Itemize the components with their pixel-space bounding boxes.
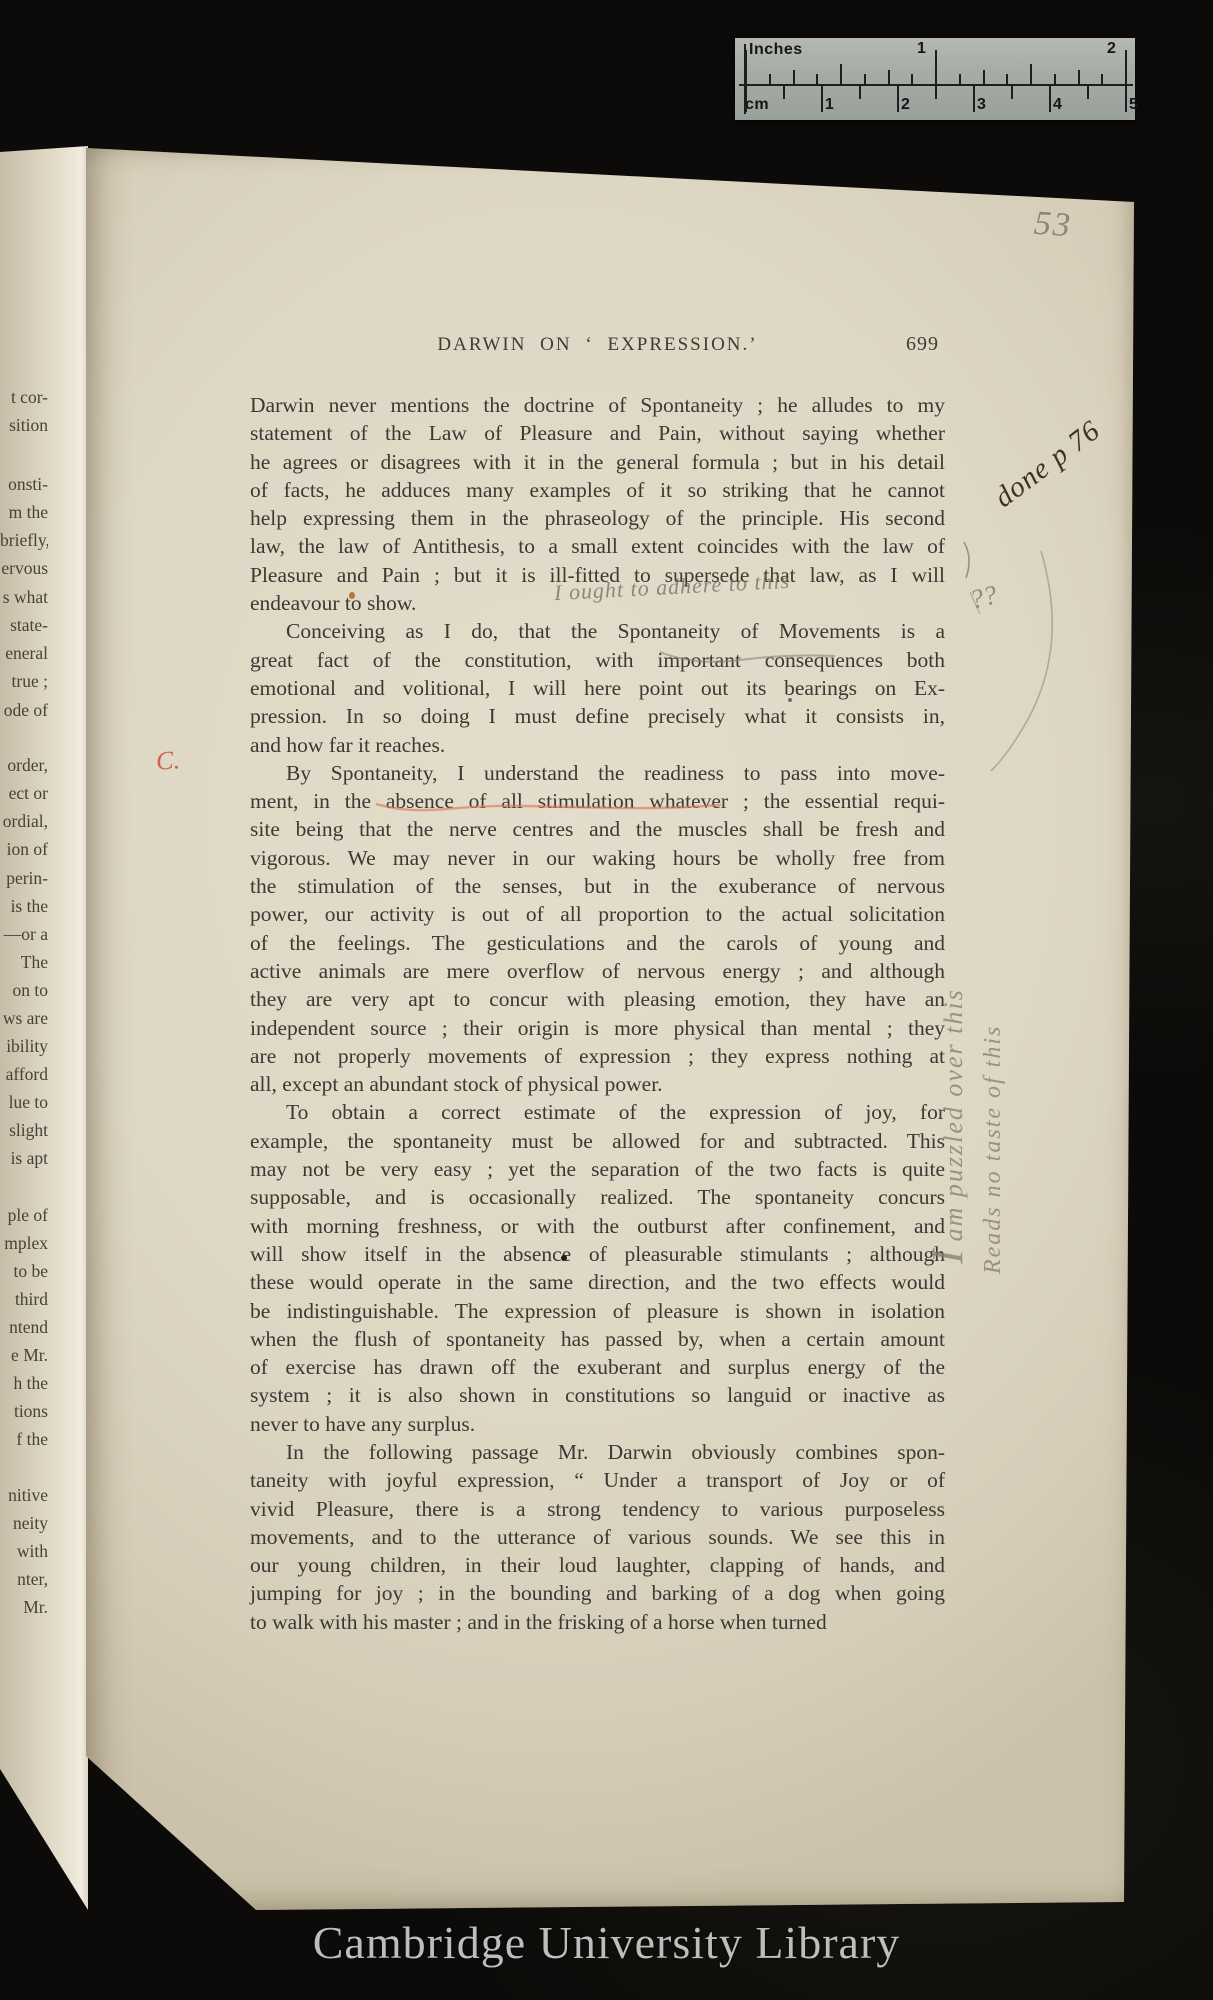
text-line: jumping for joy ; in the bounding and ba… [250,1579,945,1607]
page-number: 699 [906,333,939,356]
red-margin-mark: C. [155,745,181,777]
text-line: To obtain a correct estimate of the expr… [250,1098,945,1126]
ruler-cm-number: 1 [825,96,834,114]
facing-page-text-fragment: Mr. [0,1595,48,1619]
text-line: vigorous. We may never in our waking hou… [250,844,945,872]
facing-page-text-fragment: perin- [0,866,48,890]
ruler-cm-number: 2 [901,96,910,114]
facing-page-text-fragment: lue to [0,1090,48,1114]
ruler-inch-tick [959,74,961,84]
text-line: law, the law of Antithesis, to a small e… [250,532,945,560]
text-line: emotional and volitional, I will here po… [250,674,945,702]
orange-speck [349,592,355,599]
ruler-cm-tick [859,86,861,99]
facing-page-text-fragment: neity [0,1511,48,1535]
facing-page-text-fragment: third [0,1287,48,1311]
ruler-inch-tick [911,74,913,84]
facing-page-text-fragment: ion of [0,837,48,861]
text-line: example, the spontaneity must be allowed… [250,1127,945,1155]
ink-note-done-p76: done p 76 [988,414,1106,515]
facing-page-text-fragment: ode of [0,698,48,722]
text-line: and how far it reaches. [250,731,945,759]
text-line: Conceiving as I do, that the Spontaneity… [250,617,945,645]
facing-page-text-fragment: tions [0,1399,48,1423]
facing-page-text-fragment: t cor- [0,385,48,409]
ruler-inch-tick [840,64,842,84]
facing-page-text-fragment: onsti- [0,472,48,496]
facing-page-text-fragment: state- [0,613,48,637]
paragraph: Darwin never mentions the doctrine of Sp… [250,391,945,617]
facing-page-text-fragment: briefly, [0,528,48,552]
text-line: independent source ; their origin is mor… [250,1014,945,1042]
ruler-cm-number: 5 [1129,96,1138,114]
text-line: of exercise has drawn off the exuberant … [250,1353,945,1381]
ruler-inch-tick [745,50,747,84]
ruler-inch-tick [793,70,795,84]
text-line: active animals are mere overflow of nerv… [250,957,945,985]
ruler-inch-tick [983,70,985,84]
text-line: In the following passage Mr. Darwin obvi… [250,1438,945,1466]
ruler-inch-tick [888,70,890,84]
ruler-cm-tick [1125,86,1127,112]
facing-page-text-fragment: ordial, [0,809,48,833]
facing-page-text-fragment: sition [0,413,48,437]
ruler-inch-tick [1125,50,1127,84]
library-watermark: Cambridge University Library [0,1916,1213,1969]
text-line: system ; it is also shown in constitutio… [250,1381,945,1409]
text-line: taneity with joyful expression, “ Under … [250,1466,945,1494]
book-page: DARWIN ON ‘ EXPRESSION.’ 699 Darwin neve… [86,146,1134,1910]
ruler-cm-tick [1011,86,1013,99]
text-line: are not properly movements of expression… [250,1042,945,1070]
facing-page-text-fragment: ect or [0,781,48,805]
ruler-inch-tick [769,74,771,84]
text-line: supposable, and is occasionally realized… [250,1183,945,1211]
facing-page-text-fragment: true ; [0,669,48,693]
facing-page-text-fragment: The [0,950,48,974]
text-line: be indistinguishable. The expression of … [250,1297,945,1325]
facing-page-text-fragment: eneral [0,641,48,665]
facing-page-text-fragment: h the [0,1371,48,1395]
ruler-cm-label: cm [745,96,769,114]
facing-page-text-fragment: ibility [0,1034,48,1058]
ruler-inch-tick [1078,70,1080,84]
text-line: ment, in the absence of all stimulation … [250,787,945,815]
facing-page-text-fragment: ntend [0,1315,48,1339]
paragraph: In the following passage Mr. Darwin obvi… [250,1438,945,1636]
paragraph: To obtain a correct estimate of the expr… [250,1098,945,1438]
ruler-cm-tick [897,86,899,112]
text-line: pression. In so doing I must define prec… [250,702,945,730]
facing-page-text-fragment: nitive [0,1483,48,1507]
facing-page-text-fragment: m the [0,500,48,524]
facing-page-text-fragment: ervous [0,556,48,580]
facing-page-text-fragment: to be [0,1259,48,1283]
facing-page-text-fragment: is the [0,894,48,918]
facing-page-text-fragment: is apt [0,1146,48,1170]
text-line: with morning freshness, or with the outb… [250,1212,945,1240]
facing-page-text-fragment: nter, [0,1567,48,1591]
text-line: may not be very easy ; yet the separatio… [250,1155,945,1183]
facing-page-text-fragment: e Mr. [0,1343,48,1367]
ruler-inch-tick [864,74,866,84]
ruler-inch-number: 1 [917,40,926,58]
facing-page-text-fragment: —or a [0,922,48,946]
photo-background: Inches cm 1212345 t cor-sitiononsti-m th… [0,0,1213,2000]
ruler-cm-number: 3 [977,96,986,114]
text-line: movements, and to the utterance of vario… [250,1523,945,1551]
text-line: when the flush of spontaneity has passed… [250,1325,945,1353]
text-line: site being that the nerve centres and th… [250,815,945,843]
text-line: of facts, he adduces many examples of it… [250,476,945,504]
ruler-inch-tick [1006,74,1008,84]
text-line: of the feelings. The gesticulations and … [250,929,945,957]
ruler-inch-tick [1030,64,1032,84]
ruler-cm-tick [745,86,747,112]
ruler-cm-tick [935,86,937,99]
ruler-cm-tick [973,86,975,112]
facing-page-text-fragment: on to [0,978,48,1002]
ruler-inches-label: Inches [749,41,803,59]
text-line: the stimulation of the senses, but in th… [250,872,945,900]
text-line: all, except an abundant stock of physica… [250,1070,945,1098]
text-line: these would operate in the same directio… [250,1268,945,1296]
paragraph: By Spontaneity, I understand the readine… [250,759,945,1099]
facing-page-text-fragment: ws are [0,1006,48,1030]
ruler-cm-tick [1087,86,1089,99]
pencil-folio-number: 53 [1033,205,1074,246]
text-line: Darwin never mentions the doctrine of Sp… [250,391,945,419]
facing-page-text-fragment: with [0,1539,48,1563]
facing-page-text-fragment: afford [0,1062,48,1086]
measuring-ruler: Inches cm 1212345 [735,38,1135,120]
facing-page-text-fragment: s what [0,585,48,609]
facing-page-text-fragment: mplex [0,1231,48,1255]
ruler-cm-tick [1049,86,1051,112]
text-line: Pleasure and Pain ; but it is ill-fitted… [250,561,945,589]
text-line: power, our activity is out of all propor… [250,900,945,928]
facing-page-text-fragment: order, [0,753,48,777]
text-line: to walk with his master ; and in the fri… [250,1608,945,1636]
text-line: they are very apt to concur with pleasin… [250,985,945,1013]
text-line: vivid Pleasure, there is a strong tenden… [250,1495,945,1523]
ruler-cm-tick [821,86,823,112]
facing-page-text-fragment: ple of [0,1203,48,1227]
ruler-inch-tick [935,50,937,84]
text-line: will show itself in the absence of pleas… [250,1240,945,1268]
text-line: he agrees or disagrees with it in the ge… [250,448,945,476]
ruler-inch-tick [1054,74,1056,84]
ink-dot [561,1255,567,1261]
facing-page-edge: t cor-sitiononsti-m thebriefly,ervouss w… [0,146,88,1910]
facing-page-text-fragment: slight [0,1118,48,1142]
ruler-inch-tick [816,74,818,84]
facing-page-text-fragment: f the [0,1427,48,1451]
pencil-vertical-note-2: Reads no taste of this [980,864,1007,1274]
text-line: help expressing them in the phraseology … [250,504,945,532]
page-title: DARWIN ON ‘ EXPRESSION.’ [250,334,945,356]
pencil-dot [788,698,792,702]
ruler-inch-tick [1101,74,1103,84]
pencil-query-marks: ?? [967,579,1001,616]
body-text: Darwin never mentions the doctrine of Sp… [250,391,945,1636]
text-line: By Spontaneity, I understand the readine… [250,759,945,787]
paragraph: Conceiving as I do, that the Spontaneity… [250,617,945,758]
ruler-cm-tick [783,86,785,99]
text-line: never to have any surplus. [250,1410,945,1438]
running-header: DARWIN ON ‘ EXPRESSION.’ 699 [250,334,945,364]
ruler-inch-number: 2 [1107,40,1116,58]
ruler-cm-number: 4 [1053,96,1062,114]
text-line: statement of the Law of Pleasure and Pai… [250,419,945,447]
text-line: great fact of the constitution, with imp… [250,646,945,674]
text-line: our young children, in their loud laught… [250,1551,945,1579]
